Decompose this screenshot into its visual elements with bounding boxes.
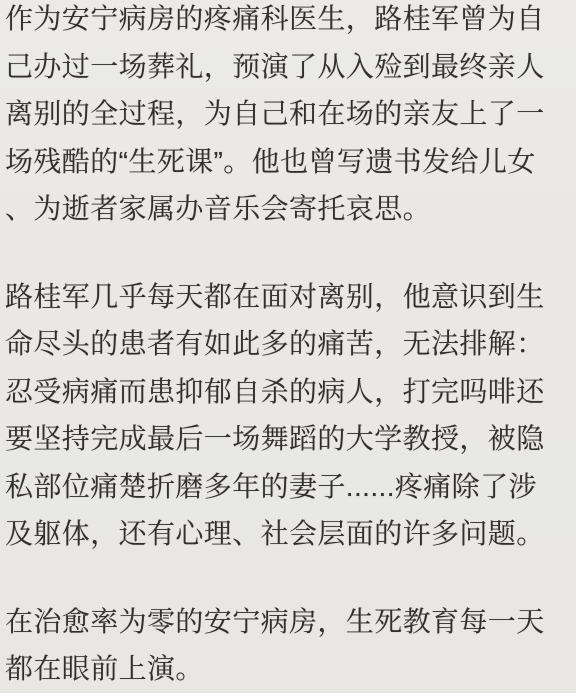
text-line: 场残酷的“生死课”。他也曾写遗书发给儿女 bbox=[5, 138, 576, 186]
text-line: 及躯体，还有心理、社会层面的许多问题。 bbox=[5, 510, 576, 558]
paragraph-3: 在治愈率为零的安宁病房，生死教育每一天 都在眼前上演。 bbox=[5, 598, 576, 693]
text-line: 己办过一场葬礼，预演了从入殓到最终亲人 bbox=[5, 43, 576, 91]
paragraph-1: 作为安宁病房的疼痛科医生，路桂军曾为自 己办过一场葬礼，预演了从入殓到最终亲人 … bbox=[5, 0, 576, 233]
text-line: 、为逝者家属办音乐会寄托哀思。 bbox=[5, 185, 576, 233]
text-line: 离别的全过程，为自己和在场的亲友上了一 bbox=[5, 90, 576, 138]
text-line: 作为安宁病房的疼痛科医生，路桂军曾为自 bbox=[5, 0, 576, 43]
page: 作为安宁病房的疼痛科医生，路桂军曾为自 己办过一场葬礼，预演了从入殓到最终亲人 … bbox=[0, 0, 576, 693]
text-line: 都在眼前上演。 bbox=[5, 645, 576, 693]
text-line: 忍受病痛而患抑郁自杀的病人，打完吗啡还 bbox=[5, 368, 576, 416]
text-line: 要坚持完成最后一场舞蹈的大学教授，被隐 bbox=[5, 415, 576, 463]
paragraph-2: 路桂军几乎每天都在面对离别，他意识到生 命尽头的患者有如此多的痛苦，无法排解： … bbox=[5, 273, 576, 558]
text-line: 私部位痛楚折磨多年的妻子......疼痛除了涉 bbox=[5, 463, 576, 511]
text-line: 在治愈率为零的安宁病房，生死教育每一天 bbox=[5, 598, 576, 646]
text-line: 命尽头的患者有如此多的痛苦，无法排解： bbox=[5, 320, 576, 368]
text-line: 路桂军几乎每天都在面对离别，他意识到生 bbox=[5, 273, 576, 321]
article-body: 作为安宁病房的疼痛科医生，路桂军曾为自 己办过一场葬礼，预演了从入殓到最终亲人 … bbox=[0, 0, 576, 693]
